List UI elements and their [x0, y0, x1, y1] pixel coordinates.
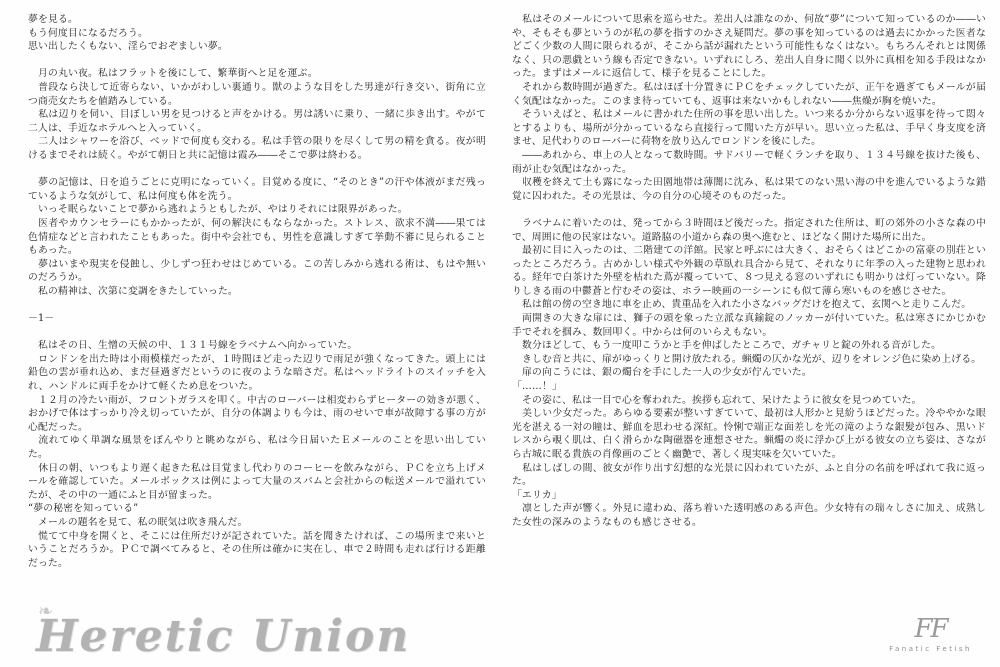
paragraph: 思い出したくもない、淫らでおぞましい夢。 [28, 40, 486, 54]
paragraph [28, 326, 486, 340]
paragraph: ――あれから、車上の人となって数時間。サドバリーで軽くランチを取り、１３４号線を… [512, 149, 986, 176]
paragraph: 流れてゆく単調な風景をぼんやりと眺めながら、私は今日届いたＥメールのことを思い出… [28, 434, 486, 461]
paragraph: 夢の記憶は、日を追うごとに克明になっていく。目覚める度に、“そのとき”の汗や体液… [28, 176, 486, 203]
paragraph: 両開きの大きな扉には、獅子の頭を象った立派な真鍮錠のノッカーが付いていた。私は寒… [512, 312, 986, 339]
paragraph: 休日の朝、いつもより遅く起きた私は目覚まし代わりのコーヒーを飲みながら、ＰＣを立… [28, 462, 486, 503]
circle-logo: ❧ Heretic Union [36, 615, 410, 659]
paragraph: 普段なら決して近寄らない、いかがわしい裏通り。獣のような目をした男達が行き交い、… [28, 81, 486, 108]
logo-flourish-ornament: ❧ [38, 601, 59, 622]
paragraph: 私はその日、生憎の天候の中、１３１号線をラベナムへ向かっていた。 [28, 339, 486, 353]
paragraph: 慌てて中身を開くと、そこには住所だけが記されていた。話を聞きたければ、この場所ま… [28, 530, 486, 571]
paragraph: メールの題名を見て、私の眠気は吹き飛んだ。 [28, 516, 486, 530]
paragraph: 「エリカ」 [512, 489, 986, 503]
paragraph: 凛とした声が響く。外見に違わぬ、落ち着いた透明感のある声色。少女特有の瑞々しさに… [512, 502, 986, 529]
paragraph: 医者やカウンセラーにもかかったが、何の解決にもならなかった。ストレス、欲求不満―… [28, 217, 486, 258]
paragraph: 数分ほどして、もう一度叩こうかと手を伸ばしたところで、ガチャリと錠の外れる音がし… [512, 339, 986, 353]
paragraph: １２月の冷たい雨が、フロントガラスを叩く。中古のローバーは相変わらずヒーターの効… [28, 394, 486, 435]
paragraph: “夢の秘密を知っている” [28, 502, 486, 516]
paragraph: 「……！」 [512, 380, 986, 394]
paragraph: 私は館の傍の空き地に車を止め、貴重品を入れた小さなバッグだけを抱えて、玄関へと走… [512, 298, 986, 312]
brand-monogram: FF [889, 616, 972, 642]
paragraph: 美しい少女だった。あらゆる要素が整いすぎていて、最初は人形かと見紛うほどだった。… [512, 407, 986, 461]
paragraph: その姿に、私は一目で心を奪われた。挨拶も忘れて、呆けたように彼女を見つめていた。 [512, 394, 986, 408]
paragraph: いっそ眠らないことで夢から逃れようともしたが、やはりそれには限界があった。 [28, 203, 486, 217]
brand-logo: FF Fanatic Fetish [889, 616, 972, 653]
paragraph: －1－ [28, 312, 486, 326]
paragraph: もう何度目になるだろう。 [28, 27, 486, 41]
paragraph: 私はしばしの間、彼女が作り出す幻想的な光景に囚われていたが、ふと自分の名前を呼ば… [512, 462, 986, 489]
paragraph: 夢はいまや現実を侵蝕し、少しずつ狂わせはじめている。この苦しみから逃れる術は、も… [28, 258, 486, 285]
paragraph [512, 203, 986, 217]
paragraph: 最初に目に入ったのは、二階建ての洋館。民家と呼ぶには大きく、おそらくはどこかの富… [512, 244, 986, 298]
paragraph: 月の丸い夜。私はフラットを後にして、繁華街へと足を運ぶ。 [28, 67, 486, 81]
page-left-column: 夢を見る。もう何度目になるだろう。思い出したくもない、淫らでおぞましい夢。 月の… [28, 13, 486, 570]
circle-logo-title: Heretic Union [36, 615, 410, 659]
paragraph: ロンドンを出た時は小雨模様だったが、１時間ほど走った辺りで雨足が強くなってきた。… [28, 353, 486, 394]
paragraph: きしむ音と共に、扉がゆっくりと開け放たれる。蝋燭の仄かな光が、辺りをオレンジ色に… [512, 353, 986, 367]
paragraph: 収穫を終えて土も露になった田園地帯は薄闇に沈み、私は果てのない黒い海の中を進んで… [512, 176, 986, 203]
page-right-column: 私はそのメールについて思索を巡らせた。差出人は誰なのか、何故“夢”について知って… [512, 13, 986, 530]
paragraph [28, 298, 486, 312]
paragraph: 私はそのメールについて思索を巡らせた。差出人は誰なのか、何故“夢”について知って… [512, 13, 986, 81]
paragraph: ラベナムに着いたのは、発ってから３時間ほど後だった。指定された住所は、町の郊外の… [512, 217, 986, 244]
paragraph: 扉の向こうには、銀の燭台を手にした一人の少女が佇んでいた。 [512, 366, 986, 380]
paragraph [28, 163, 486, 177]
paragraph: 私の精神は、次第に変調をきたしていった。 [28, 285, 486, 299]
paragraph: 私は辺りを伺い、目ぼしい男を見つけると声をかける。男は誘いに乗り、一緒に歩き出す… [28, 108, 486, 135]
paragraph: それから数時間が過ぎた。私はほぼ十分置きにＰＣをチェックしていたが、正午を過ぎて… [512, 81, 986, 108]
paragraph: 二人はシャワーを浴び、ベッドで何度も交わる。私は手管の限りを尽くして男の精を貪る… [28, 135, 486, 162]
paragraph [28, 54, 486, 68]
paragraph: 夢を見る。 [28, 13, 486, 27]
paragraph: そういえばと、私はメールに書かれた住所の事を思い出した。いつ来るか分からない返事… [512, 108, 986, 149]
brand-label: Fanatic Fetish [889, 645, 972, 653]
document-page: 夢を見る。もう何度目になるだろう。思い出したくもない、淫らでおぞましい夢。 月の… [0, 0, 1000, 667]
